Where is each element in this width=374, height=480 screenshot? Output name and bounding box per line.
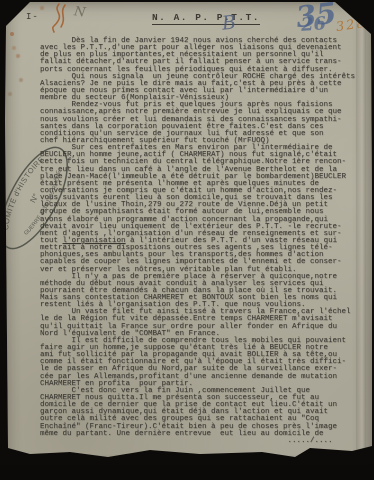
scan-edge-shadow — [0, 454, 374, 480]
stamp-number-label: N° — [28, 192, 40, 204]
typewritten-text: Dès la fin de Janvier 1942 nous avions c… — [40, 38, 370, 445]
handwritten-reference-number: 328 — [335, 16, 368, 35]
handwritten-number-small: 26 — [300, 13, 326, 36]
handwritten-letter-b: B — [221, 11, 237, 34]
document-title: N. A. P. P.T.T. — [96, 12, 316, 23]
page-number: I- — [26, 12, 39, 22]
typewritten-line: ...../.... — [40, 438, 370, 445]
scanned-page: I- N. A. P. P.T.T. N B 35 26 328 COMITÉ … — [0, 0, 374, 480]
pencil-letter-mark: N — [73, 4, 86, 20]
rust-stains — [10, 32, 14, 36]
